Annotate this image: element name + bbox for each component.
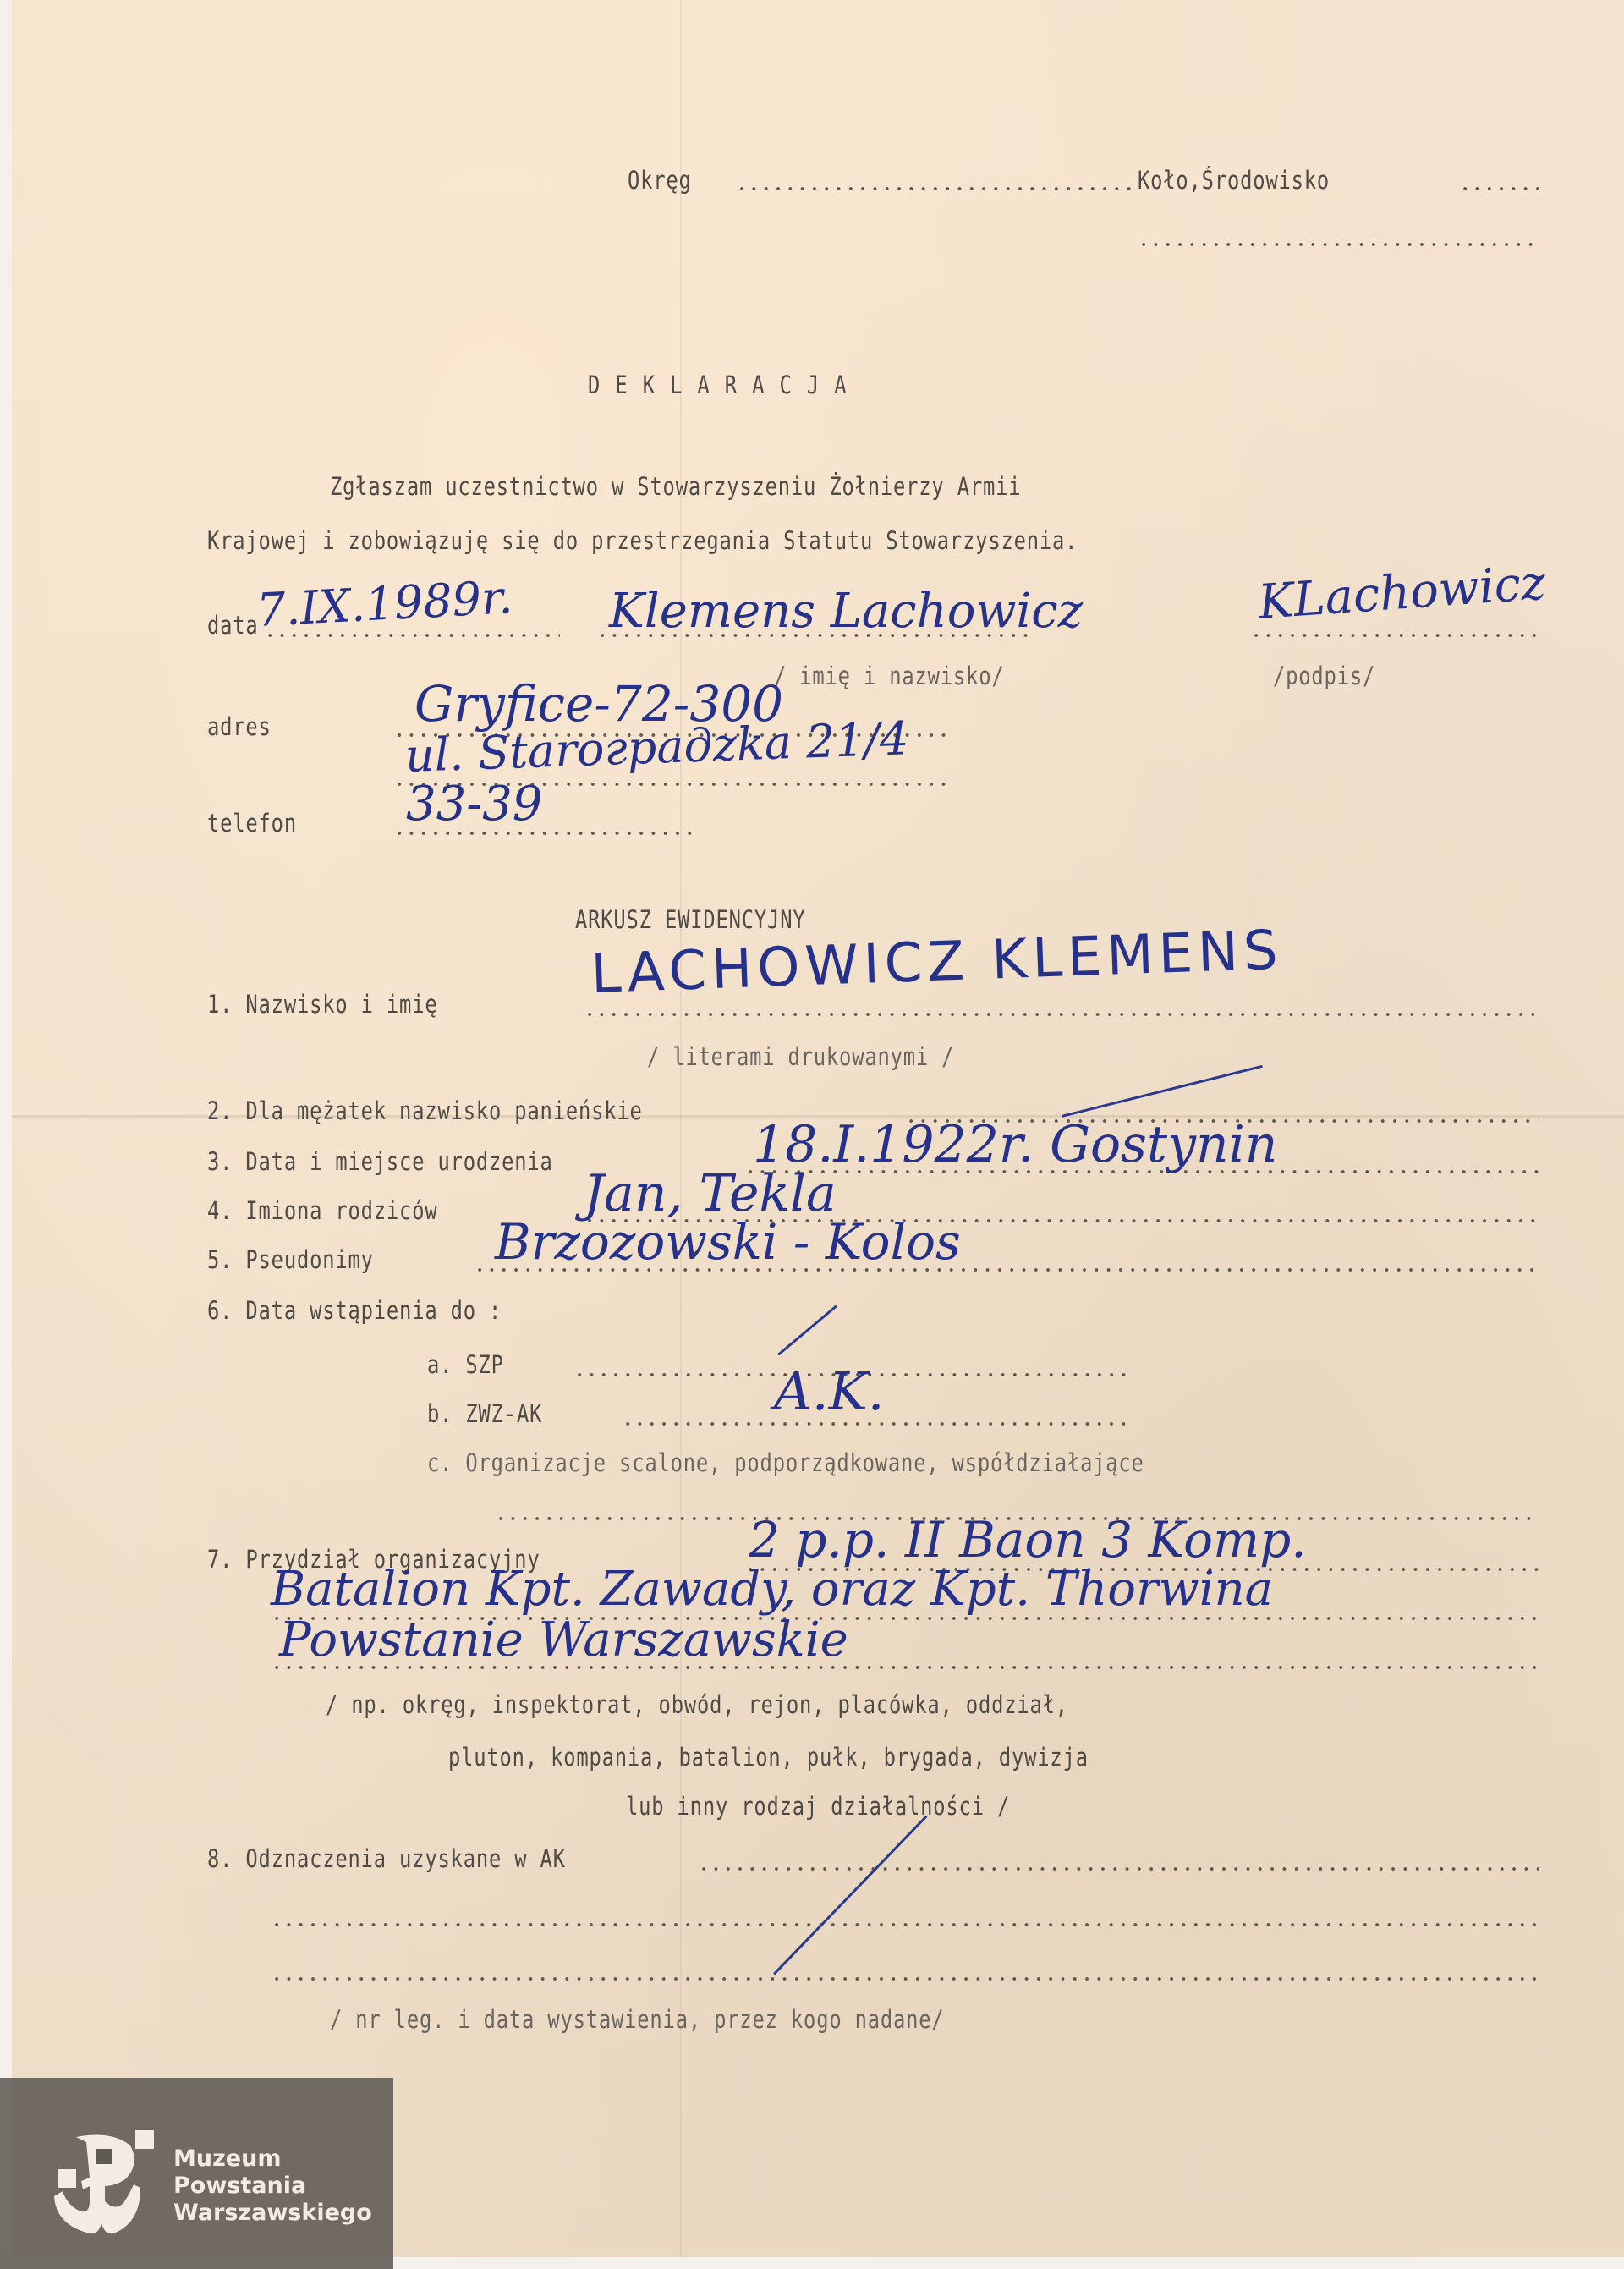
item-6-label: 6. Data wstąpienia do : — [207, 1296, 502, 1325]
item-8-caption: / nr leg. i data wystawienia, przez kogo… — [330, 2005, 945, 2034]
okreg-dots — [736, 186, 1133, 191]
item-7-caption-1: / np. okręg, inspektorat, obwód, rejon, … — [326, 1690, 1068, 1719]
signature-caption: /podpis/ — [1273, 662, 1375, 690]
kolo-dots — [1459, 186, 1539, 191]
okreg-label: Okręg — [628, 166, 692, 195]
item-6b-handwritten: A.K. — [774, 1360, 885, 1422]
item-4-label: 4. Imiona rodziców — [207, 1196, 437, 1225]
item-7-handwritten-line-3: Powstanie Warszawskie — [279, 1612, 848, 1667]
museum-watermark: Muzeum Powstania Warszawskiego — [0, 2078, 393, 2269]
museum-name-line-1: Muzeum — [173, 2145, 372, 2173]
item-1-label: 1. Nazwisko i imię — [207, 990, 437, 1019]
item-2-label: 2. Dla mężatek nazwisko panieńskie — [207, 1096, 643, 1125]
data-label: data — [207, 611, 259, 640]
item-1-dots — [584, 1012, 1539, 1017]
item-7-caption-3: lub inny rodzaj działalności / — [626, 1792, 1010, 1821]
fold-crease-vertical — [680, 0, 682, 2257]
museum-name-line-2: Powstania — [173, 2173, 372, 2200]
item-3-label: 3. Data i miejsce urodzenia — [207, 1147, 553, 1176]
museum-name-line-3: Warszawskiego — [173, 2200, 372, 2227]
item-8-dots-1 — [698, 1866, 1539, 1871]
item-5-label: 5. Pseudonimy — [207, 1245, 374, 1274]
declaration-line-1: Zgłaszam uczestnictwo w Stowarzyszeniu Ż… — [330, 472, 1021, 501]
kolo-dots-2 — [1138, 242, 1539, 247]
item-8-dots-3 — [271, 1976, 1539, 1981]
declaration-line-2: Krajowej i zobowiązuję się do przestrzeg… — [207, 526, 1078, 555]
item-8-label: 8. Odznaczenia uzyskane w AK — [207, 1844, 566, 1873]
name-handwritten: Klemens Lachowicz — [609, 584, 1083, 639]
adres-label: adres — [207, 712, 272, 741]
sheet-title: ARKUSZ EWIDENCYJNY — [575, 905, 805, 934]
signature-dots — [1250, 633, 1542, 638]
item-1-caption: / literami drukowanymi / — [647, 1042, 954, 1071]
item-5-handwritten: Brzozowski - Kolos — [495, 1213, 961, 1271]
item-7-handwritten-line-2: Batalion Kpt. Zawady, oraz Kpt. Thorwina — [271, 1562, 1273, 1617]
item-8-dots-2 — [271, 1922, 1539, 1927]
museum-name: Muzeum Powstania Warszawskiego — [173, 2145, 372, 2227]
item-6a-label: a. SZP — [427, 1350, 504, 1379]
item-6c-label: c. Organizacje scalone, podporządkowane,… — [427, 1448, 1144, 1477]
kolo-label: Koło,Środowisko — [1138, 166, 1330, 195]
item-6b-label: b. ZWZ-AK — [427, 1399, 542, 1428]
name-caption: / imię i nazwisko/ — [774, 662, 1004, 690]
item-7-caption-2: pluton, kompania, batalion, pułk, brygad… — [448, 1743, 1089, 1772]
document-title: DEKLARACJA — [588, 371, 862, 399]
telefon-handwritten: 33-39 — [406, 777, 542, 832]
item-7-handwritten-line-1: 2 p.p. II Baon 3 Komp. — [749, 1511, 1307, 1569]
telefon-label: telefon — [207, 809, 297, 838]
kotwica-anchor-icon — [52, 2130, 161, 2236]
